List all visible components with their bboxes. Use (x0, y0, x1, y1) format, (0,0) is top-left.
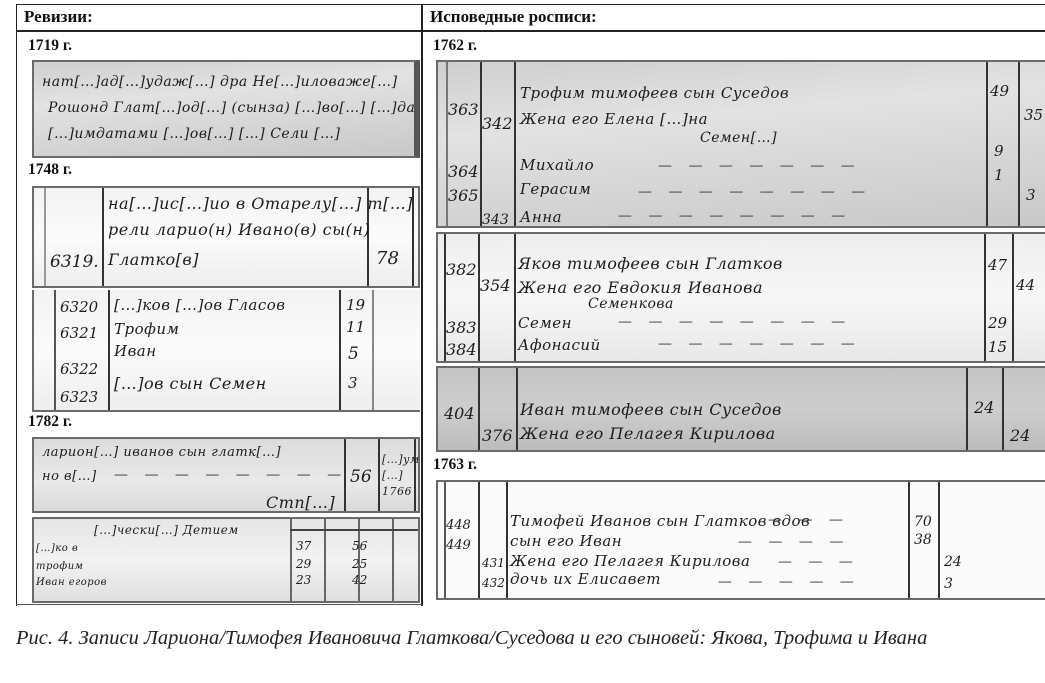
handwriting-line: […]имдатами […]ов[…] […] Сели […] (48, 126, 341, 142)
male-age: 1 (994, 166, 1004, 184)
dash-filler: — — — — — — — — (114, 467, 347, 483)
entry-number-male: 364 (448, 162, 479, 181)
male-age: 9 (994, 142, 1004, 160)
section-heading: […]чески[…] Детием (94, 523, 239, 537)
handwriting-line: Жена его Елена […]на (520, 110, 708, 128)
table-rule (290, 529, 418, 531)
manuscript-scan-1762-c: 404 Иван тимофеев сын Суседов 24 376 Жен… (436, 366, 1045, 452)
manuscript-scan-1763: 448 Тимофей Иванов сын Глатков вдов 70 4… (436, 480, 1045, 600)
dash-filler: — — — (778, 554, 859, 570)
handwriting-line: Михайло (520, 156, 594, 174)
age-value: 78 (376, 248, 399, 269)
handwriting-line: Трофим тимофеев сын Суседов (520, 84, 789, 102)
manuscript-scan-1782-a: ларион[…] иванов сын глатк[…] но в[…] — … (32, 437, 420, 513)
figure-caption: Рис. 4. Записи Лариона/Тимофея Ивановича… (16, 624, 1036, 652)
entry-number-female: 354 (480, 276, 511, 295)
dash-filler: — — — — — — — (658, 336, 861, 352)
handwriting-line: рели ларио(н) Ивано(в) сы(н) (108, 220, 370, 239)
dash-filler: — — — — — — — — (618, 314, 851, 330)
handwriting-line: Иван (114, 342, 157, 360)
entry-number-male: 363 (448, 100, 479, 119)
age-value: 25 (352, 557, 367, 571)
manuscript-scan-1748-a: 6319. на[…]ис[…]ио в Отарелу[…] т[…] рел… (32, 186, 420, 288)
handwriting-line: Семен (518, 314, 572, 332)
dash-filler: — — — — — — — (658, 158, 861, 174)
handwriting-line: на[…]ис[…]ио в Отарелу[…] т[…] (108, 194, 413, 213)
entry-number-male: 382 (446, 260, 477, 279)
handwriting-line: Глатко[в] (108, 250, 199, 269)
age-value: 29 (296, 557, 311, 571)
handwriting-line: нат[…]ад[…]удаж[…] дра Не[…]иловаже[…] (42, 74, 398, 90)
female-age: 44 (1016, 276, 1035, 294)
handwriting-line: […]ов сын Семен (114, 374, 267, 393)
handwriting-line: […]ко в (36, 543, 78, 554)
handwriting-line: Стп[…] (266, 493, 335, 512)
male-age: 38 (914, 532, 932, 548)
handwriting-line: Семенкова (588, 296, 674, 312)
manuscript-scan-1719: нат[…]ад[…]удаж[…] дра Не[…]иловаже[…] Р… (32, 60, 420, 158)
age-value: 42 (352, 573, 367, 587)
handwriting-line: Рошонд Глат[…]од[…] (сынза) […]во[…] […]… (48, 100, 420, 116)
entry-number-male: 383 (446, 318, 477, 337)
handwriting-line: Жена его Пелагея Кирилова (520, 424, 776, 443)
age-value: 19 (346, 296, 365, 314)
handwriting-line: Тимофей Иванов сын Глатков вдов (510, 512, 810, 530)
entry-number-female: 376 (482, 426, 513, 445)
handwriting-line: Афонасий (518, 336, 601, 354)
handwriting-line: Иван тимофеев сын Суседов (520, 400, 782, 419)
manuscript-scan-1748-b: 6320 […]ков […]ов Гласов 19 6321 Трофим … (32, 290, 420, 412)
handwriting-line: Герасим (520, 180, 591, 198)
side-note: […]умр[…] (382, 453, 420, 466)
entry-number-male: 384 (446, 340, 477, 359)
entry-number-male: 449 (446, 538, 471, 553)
handwriting-line: трофим (36, 561, 83, 572)
female-age: 24 (1010, 426, 1030, 445)
entry-number-female: 342 (482, 114, 513, 133)
female-age: 3 (944, 576, 953, 592)
age-value: 11 (346, 318, 365, 336)
side-note: […] (382, 469, 403, 482)
manuscript-scan-1782-b: […]чески[…] Детием […]ко в 37 56 трофим … (32, 517, 420, 603)
dash-filler: — — — — — (718, 574, 860, 590)
handwriting-line: Трофим (114, 320, 179, 338)
entry-number-male: 404 (444, 404, 475, 423)
female-age: 24 (944, 554, 962, 570)
entry-number: 6319. (50, 252, 99, 272)
confessions-header: Исповедные росписи: (430, 7, 597, 27)
male-age: 24 (974, 398, 994, 417)
handwriting-line: сын его Иван (510, 532, 622, 550)
handwriting-line: […]ков […]ов Гласов (114, 296, 286, 314)
handwriting-line: Анна (520, 208, 562, 226)
handwriting-line: Семен[…] (700, 130, 777, 146)
dash-filler: — — — — — — — — (618, 208, 851, 224)
entry-number: 6323 (60, 388, 98, 406)
male-age: 29 (988, 314, 1007, 332)
manuscript-scan-1762-a: 363 Трофим тимофеев сын Суседов 49 342 Ж… (436, 60, 1045, 228)
male-age: 15 (988, 338, 1007, 356)
dash-filler: — — — (768, 512, 849, 528)
age-value: 23 (296, 573, 311, 587)
male-age: 70 (914, 514, 932, 530)
age-value: 37 (296, 539, 311, 553)
side-note: 1766 (382, 485, 412, 498)
age-value: 56 (350, 467, 372, 487)
year-label-1782: 1782 г. (28, 413, 72, 431)
dash-filler: — — — — — — — — (638, 184, 871, 200)
age-value: 3 (348, 374, 358, 392)
entry-number: 6322 (60, 360, 98, 378)
bottom-rule (16, 604, 422, 605)
handwriting-line: дочь их Елисавет (510, 570, 661, 588)
age-value: 5 (348, 344, 359, 364)
male-age: 49 (990, 82, 1009, 100)
handwriting-line: Жена его Пелагея Кирилова (510, 552, 750, 570)
handwriting-line: ларион[…] иванов сын глатк[…] (42, 445, 281, 460)
year-label-1719: 1719 г. (28, 37, 72, 55)
year-label-1763: 1763 г. (433, 456, 477, 474)
handwriting-line: Иван егоров (36, 577, 107, 588)
handwriting-line: Жена его Евдокия Иванова (518, 278, 763, 297)
column-divider (421, 4, 423, 606)
dash-filler: — — — — (738, 534, 849, 550)
entry-number-female: 343 (482, 212, 509, 228)
year-label-1748: 1748 г. (28, 161, 72, 179)
entry-number-female: 432 (482, 576, 505, 590)
handwriting-line: Яков тимофеев сын Глатков (518, 254, 783, 273)
entry-number-male: 365 (448, 186, 479, 205)
age-value: 56 (352, 539, 367, 553)
handwriting-line: но в[…] (42, 469, 97, 484)
entry-number: 6320 (60, 298, 98, 316)
entry-number: 6321 (60, 324, 98, 342)
header-rule (16, 30, 1045, 32)
entry-number-female: 431 (482, 556, 505, 570)
entry-number-male: 448 (446, 518, 471, 533)
male-age: 47 (988, 256, 1007, 274)
female-age: 35 (1024, 106, 1043, 124)
revisions-header: Ревизии: (24, 7, 93, 27)
female-age: 3 (1026, 186, 1036, 204)
year-label-1762: 1762 г. (433, 37, 477, 55)
manuscript-scan-1762-b: 382 Яков тимофеев сын Глатков 47 354 Жен… (436, 232, 1045, 363)
